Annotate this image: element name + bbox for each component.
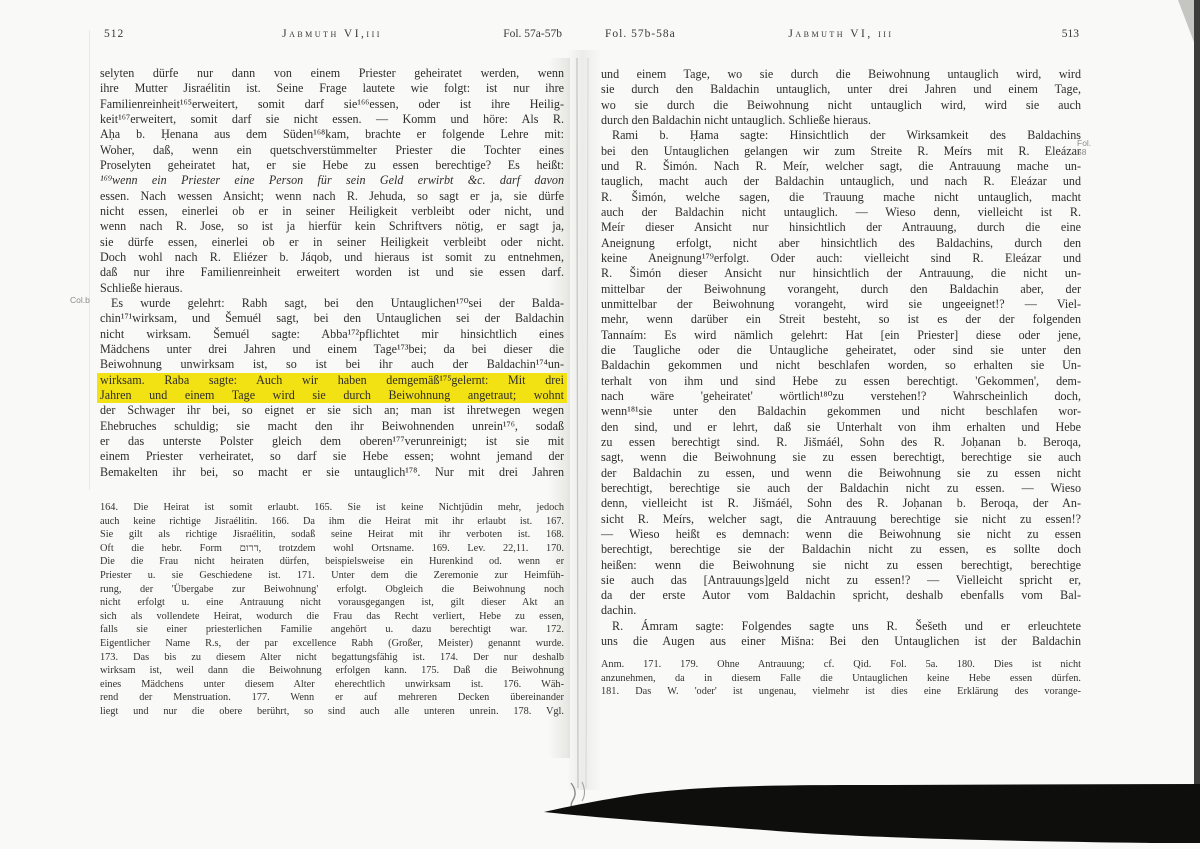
scan-gutter-line-right: [586, 58, 588, 788]
scanned-book-spread: 512 Jabmuth VI,iii Fol. 57a-57b selyten …: [0, 0, 1200, 849]
scan-bottom-black-band: [544, 784, 1200, 843]
scan-artifacts: [0, 0, 1200, 849]
scan-gutter-squiggle-2: [582, 782, 585, 801]
scan-right-edge: [1194, 0, 1200, 800]
scan-gutter-line-left: [577, 58, 578, 788]
